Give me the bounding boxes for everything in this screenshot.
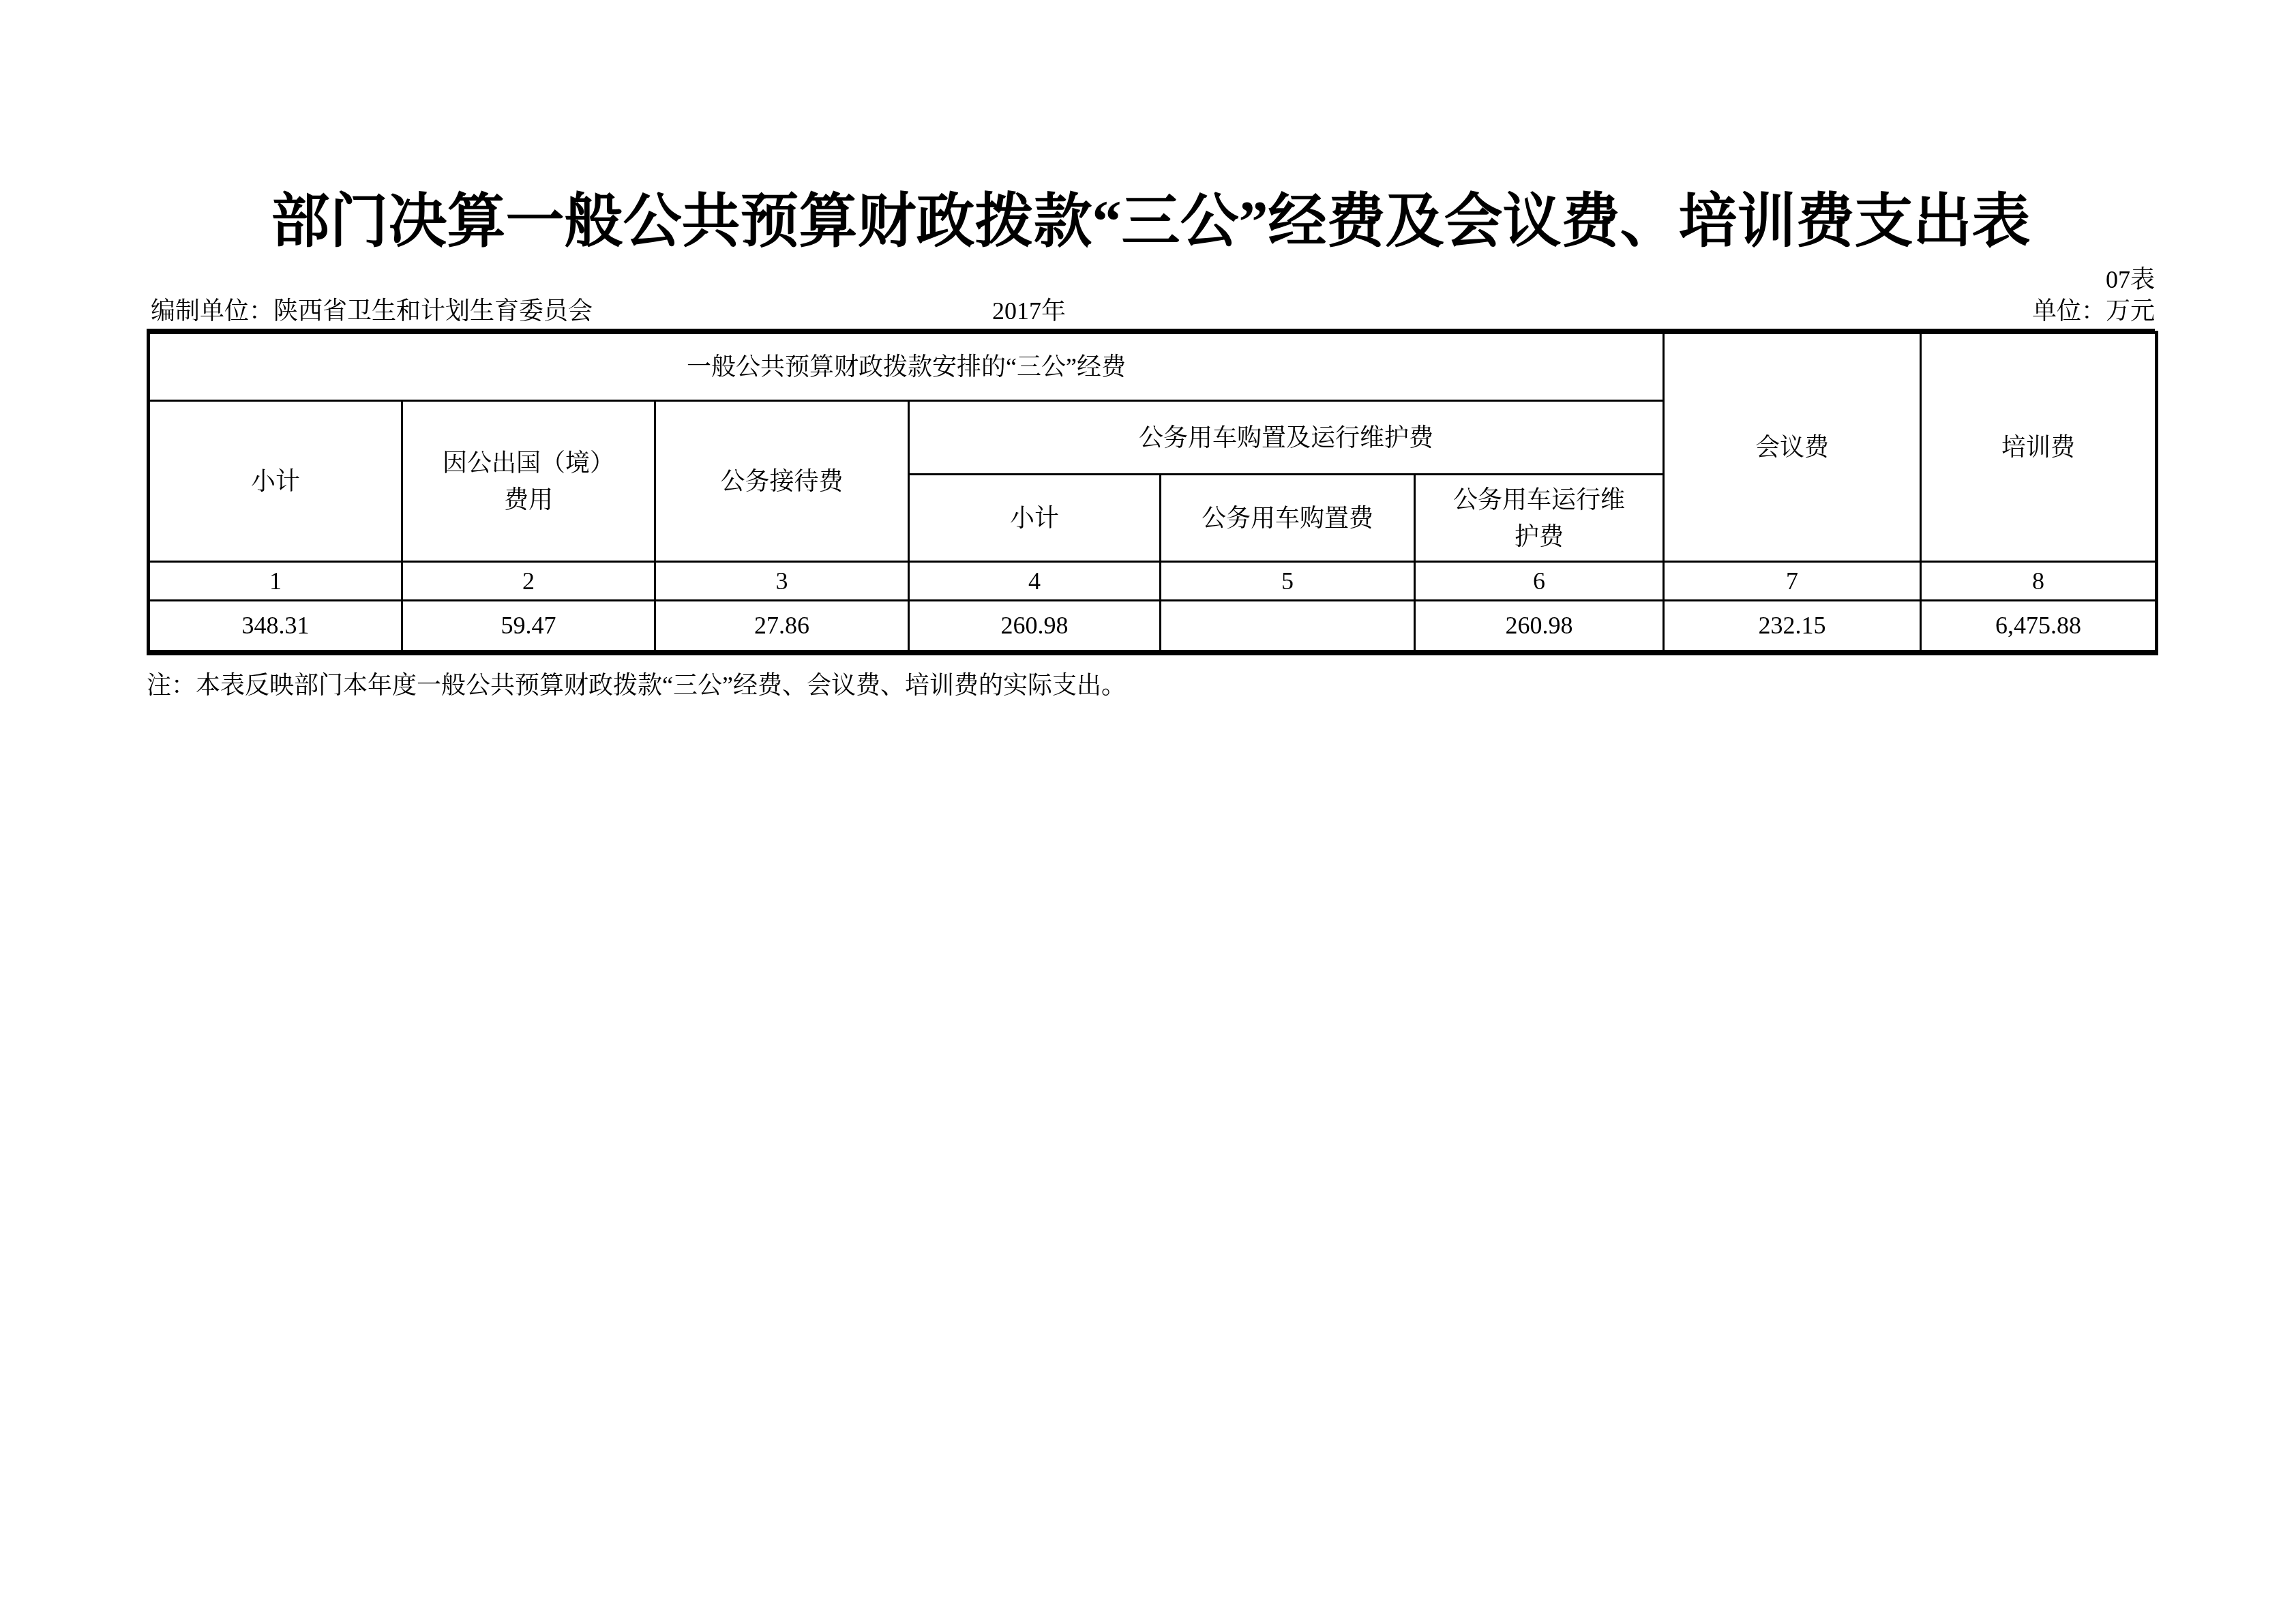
column-number-5: 5 <box>1161 562 1415 601</box>
document-page: 部门决算一般公共预算财政拨款“三公”经费及会议费、培训费支出表 07表 编制单位… <box>0 0 2296 1623</box>
header-vehicle-group: 公务用车购置及运行维护费 <box>909 401 1664 475</box>
column-number-1: 1 <box>149 562 402 601</box>
column-number-3: 3 <box>655 562 909 601</box>
header-abroad-expense-label: 因公出国（境）费用 <box>437 445 620 518</box>
value-official-reception: 27.86 <box>655 601 909 653</box>
column-number-6: 6 <box>1415 562 1664 601</box>
header-vehicle-maintenance-label: 公务用车运行维护费 <box>1448 481 1630 555</box>
table-footnote: 注：本表反映部门本年度一般公共预算财政拨款“三公”经费、会议费、培训费的实际支出… <box>147 673 2155 698</box>
fiscal-year-label: 2017年 <box>992 299 1066 323</box>
header-vehicle-purchase: 公务用车购置费 <box>1161 475 1415 562</box>
header-official-reception: 公务接待费 <box>655 401 909 562</box>
value-vehicle-purchase <box>1161 601 1415 653</box>
currency-unit-label: 单位：万元 <box>2032 299 2155 323</box>
column-number-2: 2 <box>402 562 655 601</box>
value-training-fee: 6,475.88 <box>1921 601 2157 653</box>
column-number-8: 8 <box>1921 562 2157 601</box>
value-vehicle-maintenance: 260.98 <box>1415 601 1664 653</box>
header-three-public-funds: 一般公共预算财政拨款安排的“三公”经费 <box>149 333 1664 401</box>
document-content: 部门决算一般公共预算财政拨款“三公”经费及会议费、培训费支出表 07表 编制单位… <box>147 0 2155 698</box>
header-abroad-expense: 因公出国（境）费用 <box>402 401 655 562</box>
header-training-fee: 培训费 <box>1921 333 2157 562</box>
value-meeting-fee: 232.15 <box>1664 601 1921 653</box>
page-title: 部门决算一般公共预算财政拨款“三公”经费及会议费、培训费支出表 <box>147 192 2155 251</box>
value-subtotal: 348.31 <box>149 601 402 653</box>
column-number-4: 4 <box>909 562 1161 601</box>
header-vehicle-maintenance: 公务用车运行维护费 <box>1415 475 1664 562</box>
header-vehicle-subtotal: 小计 <box>909 475 1161 562</box>
value-abroad-expense: 59.47 <box>402 601 655 653</box>
column-number-7: 7 <box>1664 562 1921 601</box>
value-vehicle-subtotal: 260.98 <box>909 601 1161 653</box>
preparing-unit-label: 编制单位：陕西省卫生和计划生育委员会 <box>151 299 593 323</box>
header-subtotal: 小计 <box>149 401 402 562</box>
header-meeting-fee: 会议费 <box>1664 333 1921 562</box>
meta-row: 编制单位：陕西省卫生和计划生育委员会 2017年 单位：万元 <box>147 299 2155 331</box>
table-number-label: 07表 <box>147 267 2155 292</box>
expenditure-table: 一般公共预算财政拨款安排的“三公”经费 会议费 培训费 小计 因公出国（境）费用… <box>147 331 2158 655</box>
